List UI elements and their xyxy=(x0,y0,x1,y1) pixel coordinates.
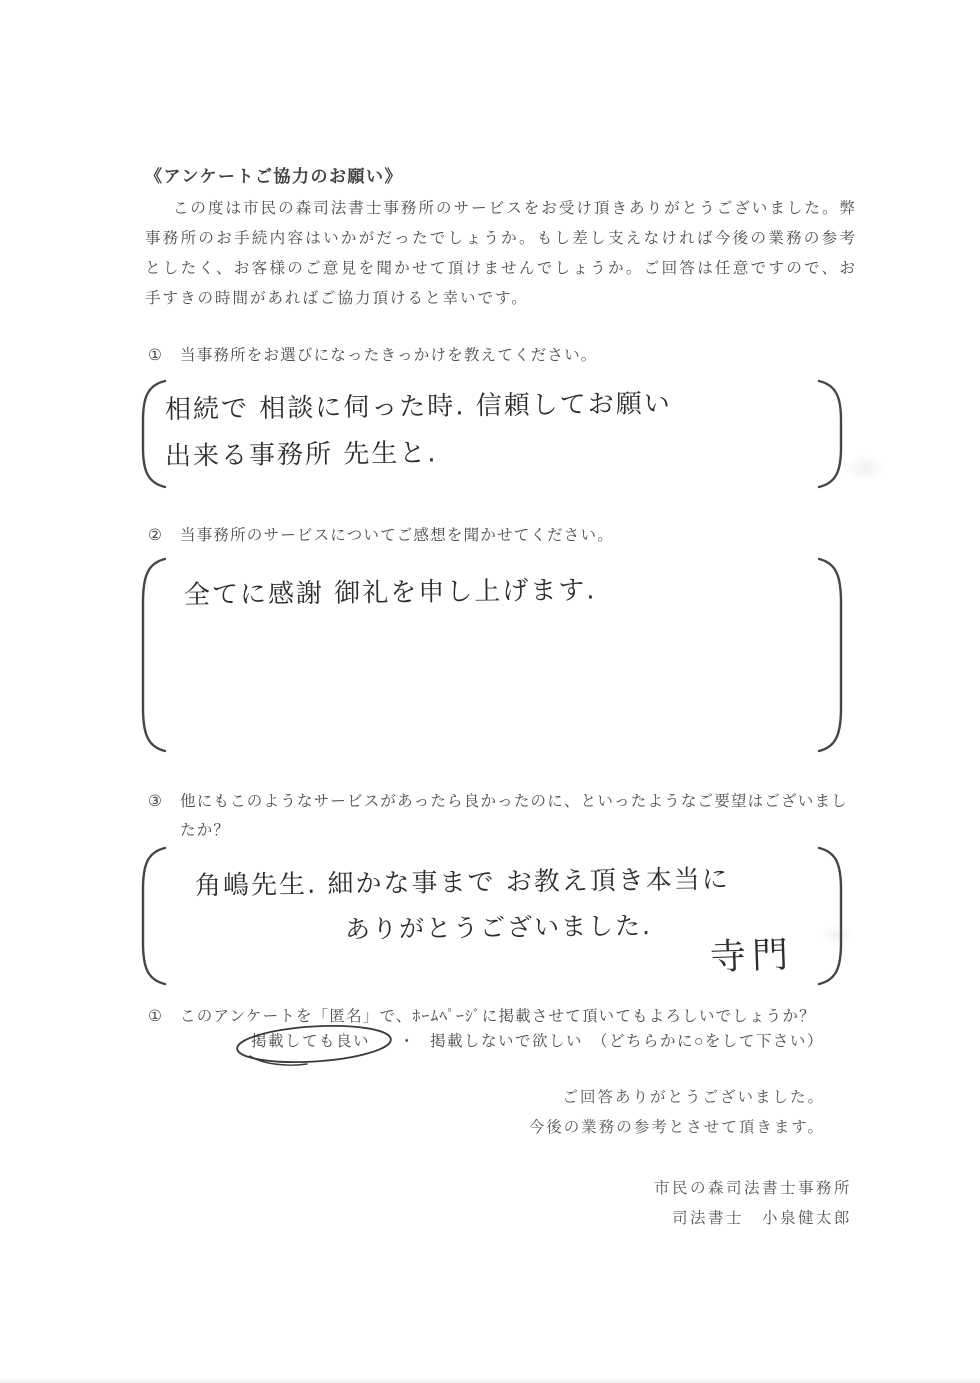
option-publish-no: 掲載しないで欲しい xyxy=(430,1029,583,1051)
question-3-number: ③ xyxy=(148,787,163,816)
question-2-text: 当事務所のサービスについてご感想を聞かせてください。 xyxy=(180,521,848,550)
question-1-number: ① xyxy=(148,341,163,370)
question-2-number: ② xyxy=(148,521,163,550)
handwritten-signature: 寺門 xyxy=(709,927,795,981)
question-1-text: 当事務所をお選びになったきっかけを教えてください。 xyxy=(180,341,848,370)
intro-paragraph: この度は市民の森司法書士事務所のサービスをお受け頂きありがとうございました。弊事… xyxy=(145,194,857,314)
scan-edge-shadow xyxy=(0,1378,980,1383)
question-4-text: このアンケートを「匿名」で、ﾎｰﾑﾍﾟｰｼﾞに掲載させて頂いてもよろしいでしょう… xyxy=(180,1002,908,1031)
handwritten-answer-3-line-1: 角嶋先生. 細かな事まで お教え頂き本当に xyxy=(195,859,730,903)
question-1-label: ① 当事務所をお選びになったきっかけを教えてください。 xyxy=(148,341,848,370)
left-bracket-icon xyxy=(138,556,170,754)
right-bracket-icon xyxy=(814,556,846,754)
right-bracket-icon xyxy=(814,845,846,987)
left-bracket-icon xyxy=(138,845,170,987)
scanned-survey-page: 《アンケートご協力のお願い》 この度は市民の森司法書士事務所のサービスをお受け頂… xyxy=(0,0,980,1383)
closing-thanks: ご回答ありがとうございました。 xyxy=(400,1085,825,1107)
consent-instruction: （どちらかに○をして下さい） xyxy=(592,1029,824,1051)
closing-note: 今後の業務の参考とさせて頂きます。 xyxy=(400,1115,825,1137)
handwritten-answer-1-line-1: 相続で 相談に伺った時. 信頼してお願い xyxy=(165,383,672,426)
scan-smudge xyxy=(845,455,885,481)
question-4-number: ① xyxy=(148,1002,163,1031)
question-2-label: ② 当事務所のサービスについてご感想を聞かせてください。 xyxy=(148,521,848,550)
handwritten-answer-2-line-1: 全てに感謝 御礼を申し上げます. xyxy=(184,569,597,611)
handwritten-answer-3-line-2: ありがとうございました. xyxy=(345,906,652,946)
question-4-label: ① このアンケートを「匿名」で、ﾎｰﾑﾍﾟｰｼﾞに掲載させて頂いてもよろしいでし… xyxy=(148,1002,908,1031)
handwritten-answer-1-line-2: 出来る事務所 先生と. xyxy=(165,432,438,472)
scan-smudge xyxy=(820,925,854,945)
answer-box-1: 相続で 相談に伺った時. 信頼してお願い 出来る事務所 先生と. xyxy=(138,378,846,490)
office-name: 市民の森司法書士事務所 xyxy=(500,1176,852,1198)
right-bracket-icon xyxy=(814,378,846,490)
option-separator-dot: ・ xyxy=(399,1029,416,1051)
question-3-label: ③ 他にもこのようなサービスがあったら良かったのに、といったようなご要望はござい… xyxy=(148,787,850,845)
question-3-text: 他にもこのようなサービスがあったら良かったのに、といったようなご要望はございまし… xyxy=(180,787,850,845)
consent-options-row: 掲載しても良い ・ 掲載しないで欲しい （どちらかに○をして下さい） xyxy=(0,1029,980,1069)
signer-title-name: 司法書士 小泉健太郎 xyxy=(500,1206,852,1228)
option-publish-ok: 掲載しても良い xyxy=(251,1029,370,1051)
answer-box-3: 角嶋先生. 細かな事まで お教え頂き本当に ありがとうございました. 寺門 xyxy=(138,845,846,987)
answer-box-2: 全てに感謝 御礼を申し上げます. xyxy=(138,556,846,754)
page-title: 《アンケートご協力のお願い》 xyxy=(145,162,403,187)
